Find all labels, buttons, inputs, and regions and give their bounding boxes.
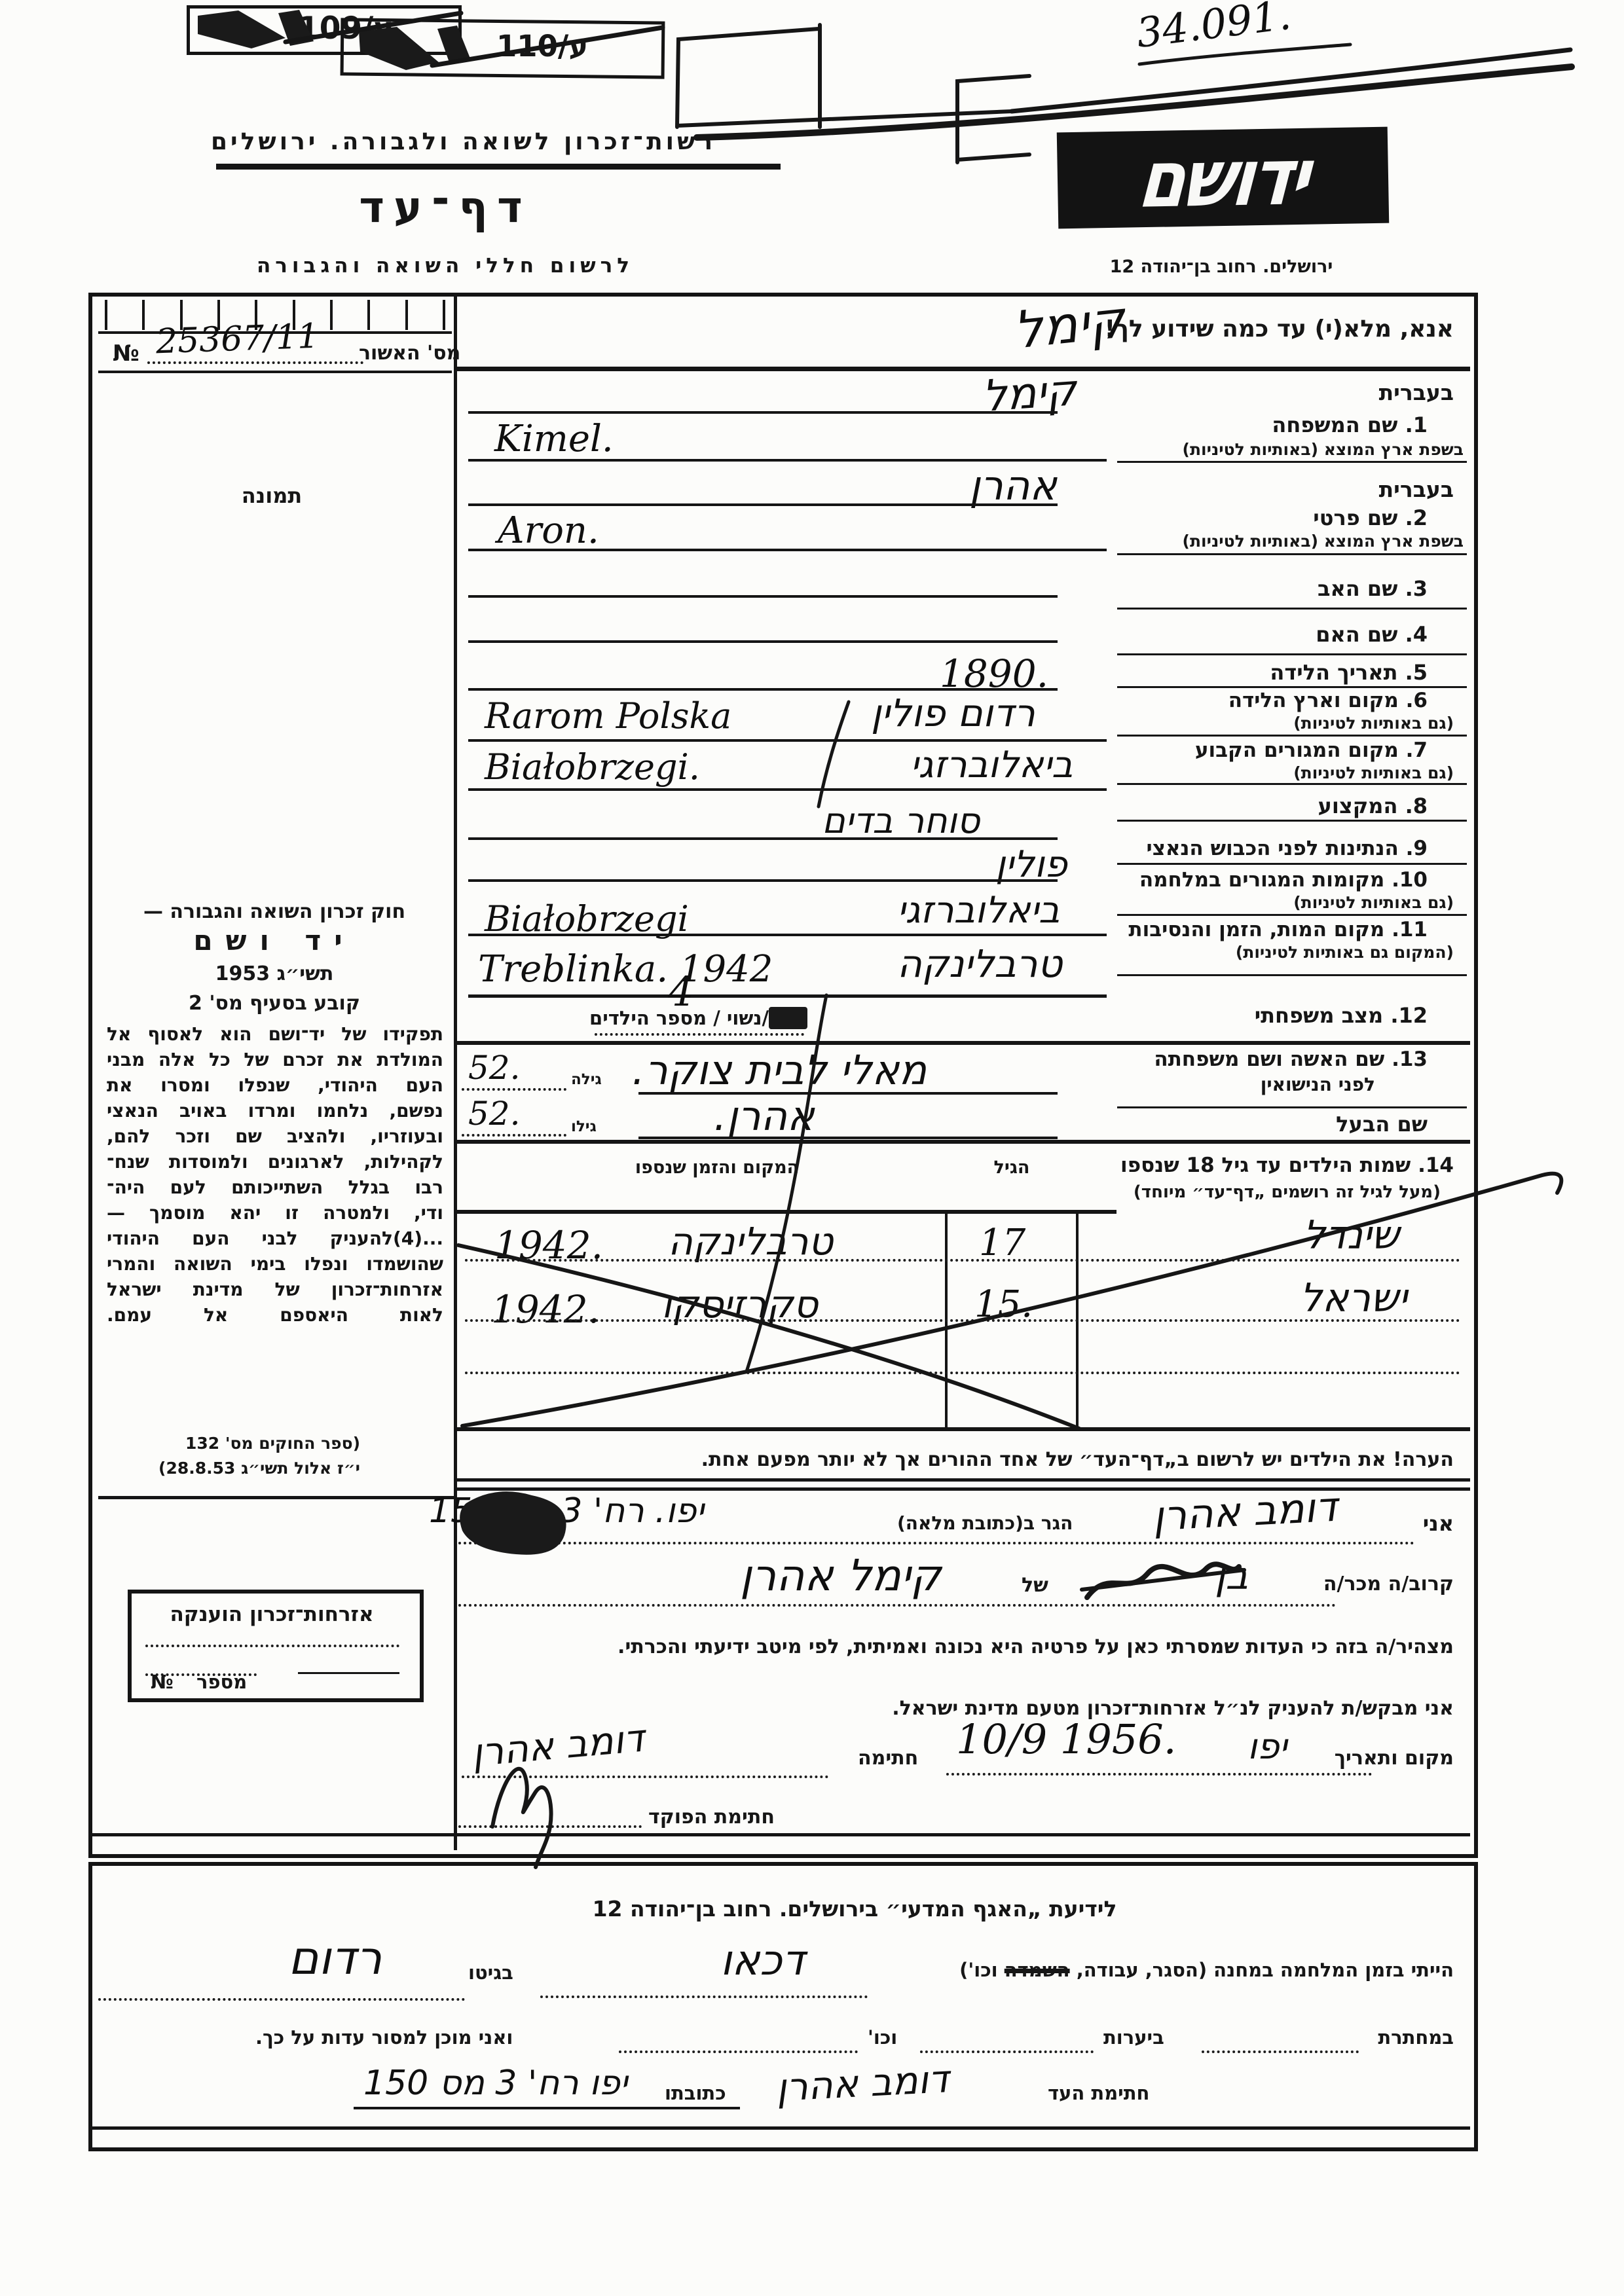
law-reference-1: (ספר החוקים מס' 132: [98, 1434, 360, 1453]
label-cell-line: [1117, 783, 1467, 785]
forests-dotted: [920, 2050, 1094, 2053]
label-cell-line: [1117, 553, 1467, 555]
instruction-handwriting: קימל: [1011, 290, 1128, 360]
field7-latin-handwriting: Białobrzegi.: [485, 746, 700, 788]
scientific-branch-title: לידיעת „האגף המדעי״ בירושלים. רחוב בן־יה…: [406, 1896, 1303, 1922]
field6-sublabel: (גם באותיות לטיניות): [1293, 714, 1454, 733]
form-title: דף־עד: [275, 182, 616, 232]
field13-sublabel: לפני הנישואין: [1261, 1074, 1375, 1095]
declaration-statement: מצהיר/ה בזה כי העדות שמסרתי כאן על פרטיה…: [618, 1635, 1454, 1658]
label-cell-line: [1117, 974, 1467, 976]
citizenship-number-line: [298, 1672, 399, 1674]
label-cell-line: [1117, 686, 1467, 688]
underground-dotted: [1202, 2050, 1359, 2053]
child2-name: ישראל: [1300, 1275, 1407, 1321]
stamp-110-number: 110/ע: [496, 29, 588, 64]
law-text-line: ודי, ולמטרה זו יהא מוסמך —: [107, 1200, 443, 1226]
law-heading: חוק זכרון השואה והגבורה —: [105, 900, 444, 923]
relation-of-label: של: [1022, 1574, 1048, 1597]
citizenship-number-symbol: №: [151, 1671, 174, 1693]
field11-hebrew-handwriting: טרבלינקה: [897, 941, 1062, 986]
ghetto-label: בגיטו: [468, 1961, 513, 1984]
field12-handwriting: 4: [668, 968, 693, 1015]
approval-row-underline: [98, 371, 452, 373]
children-table-bottom: [454, 1427, 1470, 1431]
field3-label: 3. שם האב: [1318, 576, 1428, 601]
field8-label: 8. המקצוע: [1318, 793, 1428, 818]
label-cell-line: [1117, 1106, 1467, 1108]
field7-line: [468, 788, 1107, 791]
approval-number-symbol: №: [113, 340, 139, 367]
archive-number: 34.091.: [1134, 0, 1293, 57]
law-text-line: המולדת את זכרם של כל אלה מבני: [107, 1047, 443, 1072]
field1-latin-handwriting: Kimel.: [494, 418, 614, 460]
husband-label: שם הבעל: [1336, 1112, 1428, 1137]
ghetto-handwriting: רדום: [288, 1931, 382, 1985]
field12-label: 12. מצב משפחתי: [1255, 1003, 1428, 1028]
witness-signature-handwriting: דומב אהרן: [775, 2056, 950, 2110]
underground-label: במחתרת: [1378, 2026, 1454, 2049]
law-year: תשי״ג 1953: [105, 962, 444, 985]
citizenship-dotted-line: [145, 1645, 399, 1647]
org-address: ירושלים. רחוב בן־יהודה 12: [1012, 257, 1431, 277]
place-date-label: מקום ותאריך: [1335, 1747, 1454, 1770]
wife-age-dotted: [462, 1088, 566, 1091]
field6-line: [468, 739, 1107, 742]
law-text-line: לאות היאספם אל עמם.: [107, 1302, 443, 1328]
husband-separator: [454, 1140, 1470, 1144]
declarant-resides-label: הגר ב(כתובת מלאה): [897, 1512, 1073, 1534]
bottom-box-inner-line: [88, 2126, 1470, 2130]
tilted-stamp-bracket: [957, 76, 1029, 162]
field4-label: 4. שם האם: [1316, 622, 1428, 647]
children-note: הערה! את הילדים יש לרשום ב„דף־העד״ של אח…: [701, 1448, 1454, 1471]
law-reference-2: י״ז אלול תשי״ג 28.8.53): [98, 1459, 360, 1478]
etc-label: וכו': [868, 2026, 897, 2049]
form-subtitle: לרשום חללי השואה והגבורה: [190, 254, 701, 278]
field12-struck-option: רווק: [769, 1007, 807, 1029]
yad-vashem-logo-text: ידושם: [1135, 130, 1312, 225]
children-row1-dotted: [465, 1259, 1460, 1262]
date-handwriting: 10/9 1956.: [956, 1715, 1176, 1763]
field6-label: 6. מקום וארץ הלידה: [1228, 689, 1428, 712]
witness-address-underline: [354, 2107, 740, 2109]
child1-name: שינדל: [1303, 1212, 1399, 1258]
field6-hebrew-handwriting: רדום פולין: [871, 691, 1035, 735]
label-cell-line: [1117, 653, 1467, 655]
label-cell-line: [1117, 461, 1467, 463]
field11-sublabel: (המקום גם באותיות לטיניות): [1236, 943, 1454, 962]
camp-statement-part1: הייתי בזמן המלחמה במחנה (הסגר, עבודה,: [1077, 1959, 1454, 1981]
yad-vashem-logo: ידושם: [1057, 127, 1389, 229]
field3-line: [468, 595, 1058, 598]
field2-label: 2. שם פרטי: [1313, 505, 1428, 530]
field5-label: 5. תאריך הלידה: [1270, 660, 1428, 685]
field14-sublabel: (מעל לגיל זה רושמים „דף־עד״ מיוחד): [1134, 1182, 1441, 1202]
ghetto-dotted: [98, 1998, 465, 2001]
law-text-line: לקהילות, לארגונים ולמוסדות שנח־: [107, 1149, 443, 1175]
law-text-line: תפקידו של יד־ושם הוא לאסוף אל: [107, 1021, 443, 1047]
law-text-line: נפשם, נלחמו ומרדו באויב הנאצי: [107, 1098, 443, 1123]
field14-label: 14. שמות הילדים עד גיל 18 שנספו: [1120, 1154, 1454, 1177]
field1-language: בעברית: [1379, 380, 1454, 405]
child2-place-date: 1942.: [491, 1287, 600, 1332]
field10-sublabel: (גם באותיות לטיניות): [1293, 893, 1454, 912]
witness-address-handwriting: יפו רח' 3 מס 150: [363, 2064, 627, 2103]
field8-handwriting: סוחר בדים: [822, 800, 980, 841]
approval-number-dotted-line: [147, 361, 363, 364]
stamp-sweep-stroke: [1012, 50, 1570, 111]
camp-dotted: [540, 1995, 868, 1998]
testimony-page-scan: 34.091. 109/ע 110/ע רשות־זכרון לשואה ולג…: [0, 0, 1624, 2296]
field11-latin-handwriting: Treblinka. 1942: [478, 948, 773, 991]
main-box-bottom-inner-line: [88, 1833, 1470, 1836]
citizenship-number-label: מספר: [196, 1671, 247, 1693]
husband-age-handwriting: 52.: [468, 1095, 521, 1133]
husband-age-dotted: [462, 1134, 566, 1137]
field2-sublabel: בשפת ארץ המוצא (באותיות לטיניות): [1183, 532, 1464, 551]
field8-line: [468, 837, 1058, 840]
law-text-line: העם היהודי, שנפלו ומסרו את: [107, 1072, 443, 1098]
child1-age: 17: [979, 1222, 1025, 1264]
field2-latin-line: [468, 549, 1107, 551]
field4-line: [468, 640, 1058, 643]
field7-label: 7. מקום המגורים הקבוע: [1195, 738, 1428, 762]
place-date-dotted: [946, 1773, 1372, 1776]
field13-line: [638, 1092, 1058, 1095]
declarant-address-handwriting: יפו. רח' 3 מס 150: [429, 1491, 887, 1531]
law-text-line: אזרחות־זכרון של מדינת ישראל: [107, 1277, 443, 1302]
field10-label: 10. מקומות המגורים במלחמה: [1139, 868, 1428, 892]
law-org-name: יד ושם: [105, 924, 444, 957]
field13-handwriting: מאלי לבית צוקר.: [632, 1046, 927, 1094]
field2-hebrew-handwriting: אהרן: [969, 462, 1057, 509]
field1-hebrew-line: [468, 411, 1058, 414]
witness-address-label: כתובתו: [665, 2082, 726, 2104]
label-cell-line: [1117, 608, 1467, 610]
authority-name: רשות־זכרון לשואה ולגבורה. ירושלים: [147, 128, 779, 155]
field12-dotted-line: [595, 1033, 804, 1036]
relation-handwriting: בן: [1215, 1553, 1248, 1599]
children-place-header: המקום והזמן שנספו: [498, 1157, 936, 1178]
law-text-line: ...(4)להעניק לבני העם היהודי: [107, 1226, 443, 1251]
field12-printed-options: רווק/נשוי / מספר הילדים: [589, 1007, 807, 1029]
field9-label: 9. הנתינות לפני הכבוש הנאצי: [1146, 837, 1428, 860]
signature-dotted: [462, 1776, 828, 1778]
declarant-name-handwriting: דומב אהרן: [1151, 1483, 1338, 1540]
declarant-row-dotted: [458, 1542, 1414, 1544]
label-cell-line: [1117, 863, 1467, 865]
field6-latin-handwriting: Rarom Polska: [485, 695, 731, 737]
field7-sublabel: (גם באותיות לטיניות): [1293, 763, 1454, 782]
husband-age-label: גילו: [571, 1118, 597, 1135]
witness-signature-label: חתימת העד: [1048, 2082, 1149, 2104]
wife-age-handwriting: 52.: [468, 1049, 521, 1087]
etc-dotted: [619, 2050, 858, 2053]
field10-line: [468, 934, 1107, 936]
header-underline: [216, 164, 781, 170]
approval-number-label: מס' האשור: [359, 342, 460, 365]
victim-name-handwriting: קימל אהרן: [740, 1550, 941, 1601]
relation-row-dotted: [458, 1604, 1336, 1607]
relation-label: קרוב/ה מכר/ה: [1323, 1573, 1454, 1595]
field11-line: [468, 994, 1107, 998]
label-cell-line: [1117, 735, 1467, 737]
label-cell-line: [1117, 914, 1467, 916]
declarant-i-label: אני: [1423, 1511, 1454, 1536]
approval-number-value: 25367/11: [155, 317, 320, 362]
official-signature-dotted: [458, 1825, 642, 1828]
children-row3-dotted: [465, 1372, 1460, 1374]
forests-label: ביערות: [1103, 2026, 1164, 2049]
camp-struck-word: השמדה: [1005, 1959, 1070, 1981]
field7-hebrew-handwriting: ביאלוברזגי: [910, 744, 1073, 786]
left-column-divider: [454, 293, 457, 1850]
note-double-line-1: [454, 1478, 1470, 1482]
children-header-line: [454, 1210, 1116, 1214]
field13-label: 13. שם האשה ושם משפחתה: [1154, 1048, 1428, 1071]
tilted-stamp-outline: [677, 25, 1012, 127]
camp-statement-part2: וכו'): [959, 1959, 997, 1981]
field1-sublabel: בשפת ארץ המוצא (באותיות לטיניות): [1183, 440, 1464, 459]
photo-placeholder: תמונה: [196, 483, 347, 508]
child1-place-hebrew: טרבלינקה: [668, 1219, 833, 1264]
law-clause: קובע בסעיף מס' 2: [105, 992, 444, 1015]
official-signature-label: חתימת הפוקד: [648, 1806, 775, 1829]
law-text-line: ובעוזריו, ולהציב שם וזכר להם,: [107, 1123, 443, 1149]
fill-instruction: אנא, מלא(י) עד כמה שידוע לך!: [1105, 316, 1454, 342]
left-panel-separator: [98, 1496, 455, 1499]
field2-latin-handwriting: Aron.: [498, 509, 599, 552]
law-text-line: רבו בגלל השתייכותם לעם היה־: [107, 1175, 443, 1200]
law-text-line: שהושמדו ונפלו בימי השואה והמרי: [107, 1251, 443, 1277]
field2-hebrew-line: [468, 503, 1058, 506]
field2-language: בעברית: [1379, 477, 1454, 502]
husband-line: [638, 1137, 1058, 1139]
citizenship-box-title: אזרחות־זכרון הוענקה: [134, 1603, 409, 1626]
field11-label: 11. מקום המות, הזמן והנסיבות: [1128, 918, 1428, 941]
signature-label: חתימה: [858, 1747, 918, 1770]
place-handwriting: יפו: [1247, 1726, 1287, 1767]
camp-statement: הייתי בזמן המלחמה במחנה (הסגר, עבודה, הש…: [959, 1959, 1454, 1981]
law-text: תפקידו של יד־ושם הוא לאסוף אל המולדת את …: [107, 1021, 443, 1328]
children-age-header: הגיל: [946, 1157, 1077, 1178]
field9-line: [468, 879, 1058, 882]
instruction-separator: [454, 367, 1470, 371]
ready-to-testify-text: ואני מוכן למסור עדות על כך.: [255, 2026, 513, 2049]
field1-label: 1. שם המשפחה: [1272, 412, 1428, 437]
camp-handwriting: דכאו: [720, 1937, 805, 1985]
field10-hebrew-handwriting: ביאלוברזגי: [897, 889, 1060, 932]
children-row2-dotted: [465, 1319, 1460, 1322]
field12-separator: [454, 1041, 1470, 1045]
label-cell-line: [1117, 820, 1467, 822]
husband-handwriting: אהרן.: [714, 1092, 815, 1140]
wife-age-label: גילה: [571, 1071, 602, 1088]
stamp-sweep-stroke: [697, 67, 1572, 137]
